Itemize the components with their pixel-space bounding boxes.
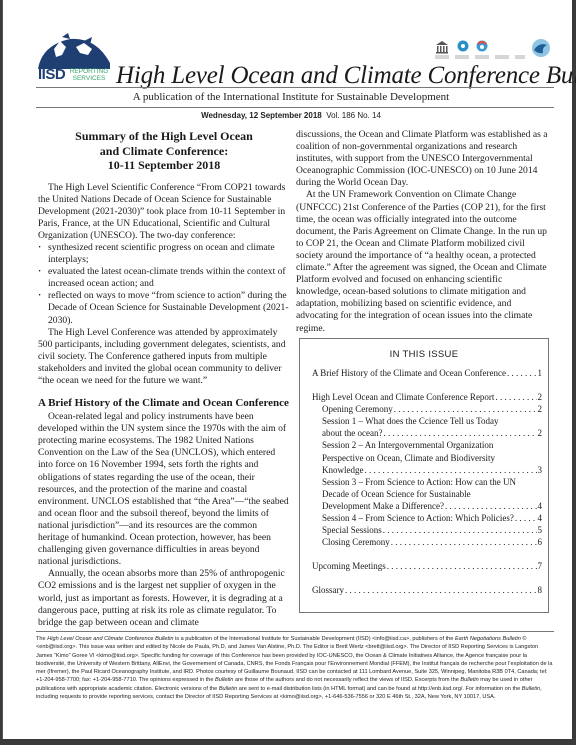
dateline: Wednesday, 12 September 2018 Vol. 186 No… [3,111,576,121]
toc-leader [515,512,537,524]
toc-label: Special Sessions [322,524,382,536]
toc-entry[interactable]: Special Sessions5 [312,524,542,536]
summary-heading-line-2: and Climate Conference: [38,144,290,159]
summary-bullet: synthesized recent scientific progress o… [38,242,290,266]
footer-bulletin-short: Bulletin [219,686,237,692]
toc-label-line: Perspective on Ocean, Climate and Biodiv… [312,452,542,464]
toc-label: about the ocean? [322,427,382,439]
right-column: discussions, the Ocean and Climate Platf… [296,129,548,335]
toc-page: 5 [538,524,543,536]
toc-page: 2 [538,391,543,403]
toc-page: 7 [538,560,543,572]
toc-leader [394,403,537,415]
issue-volume: Vol. 186 No. 14 [326,111,381,120]
ocean-climate-platform-logo-icon [531,38,551,58]
footer-bulletin-short: Bulletin [215,677,233,683]
toc-label: Glossary [312,584,344,596]
toc-label-line: Decade of Ocean Science for Sustainable [312,488,542,500]
toc-leader [445,500,536,512]
toc-page: 8 [538,584,543,596]
toc-entry[interactable]: High Level Ocean and Climate Conference … [312,391,542,403]
toc-page: 4 [538,500,543,512]
summary-heading: Summary of the High Level Ocean and Clim… [38,129,290,173]
toc-leader [507,367,537,379]
history-paragraph-3: At the UN Framework Convention on Climat… [296,189,548,334]
toc-entry[interactable]: Session 1 – What does the Ccience Tell u… [312,415,542,439]
summary-heading-line-1: Summary of the High Level Ocean [38,129,290,144]
toc-entry[interactable]: Glossary8 [312,584,542,596]
toc-leader [387,560,537,572]
history-paragraph-2-continued: discussions, the Ocean and Climate Platf… [296,129,548,189]
bulletin-page: IISD REPORTING SERVICES [2,0,572,739]
ioc-logo-icon [457,40,469,52]
toc-label-line: Session 2 – An Intergovernmental Organiz… [312,439,542,451]
toc-leader [391,536,537,548]
toc-page: 2 [538,403,543,415]
summary-intro: The High Level Scientific Conference “Fr… [38,182,290,242]
history-heading: A Brief History of the Climate and Ocean… [38,396,290,410]
toc-page: 3 [538,464,543,476]
toc-leader [383,427,536,439]
toc-label: Knowledge [322,464,364,476]
left-column: Summary of the High Level Ocean and Clim… [38,129,290,629]
toc-label-line: Session 1 – What does the Ccience Tell u… [312,415,542,427]
ocean-decade-logo-icon [476,40,488,52]
toc-entry[interactable]: Session 4 – From Science to Action: Whic… [312,512,542,524]
toc-page: 4 [538,512,543,524]
toc-leader [383,524,537,536]
masthead: IISD REPORTING SERVICES [33,33,554,83]
publication-subtitle: A publication of the International Insti… [3,91,576,104]
partner-logos [435,38,553,64]
reporting-services-wordmark: REPORTING SERVICES [69,69,109,82]
toc-entry[interactable]: A Brief History of the Climate and Ocean… [312,367,542,379]
toc-page: 1 [538,367,543,379]
footer-bulletin-short: Bulletin [460,677,478,683]
bulletin-title: High Level Ocean and Climate Conference … [116,63,576,89]
iisd-logo: IISD REPORTING SERVICES [36,33,111,81]
toc-label: Opening Ceremony [322,403,393,415]
globe-icon [36,33,111,69]
in-this-issue-box: IN THIS ISSUE A Brief History of the Cli… [299,338,549,613]
unesco-logo-icon [435,40,449,54]
header-rule-top [36,87,554,88]
toc-entry[interactable]: Closing Ceremony6 [312,536,542,548]
partner-captions [435,55,525,59]
toc-leader [365,464,537,476]
summary-bullet: reflected on ways to move “from science … [38,290,290,326]
toc-leader [345,584,537,596]
toc-label-line: Session 3 – From Science to Action: How … [312,476,542,488]
toc-page: 6 [538,536,543,548]
toc-label: Closing Ceremony [322,536,390,548]
footer-text: are sent to e-mail distribution lists (i… [237,686,522,692]
summary-bullets: synthesized recent scientific progress o… [38,242,290,327]
toc-label: Development Make a Difference? [322,500,444,512]
services-text: SERVICES [73,75,106,82]
toc-label: Session 4 – From Science to Action: Whic… [322,512,514,524]
toc-label: High Level Ocean and Climate Conference … [312,391,494,403]
history-paragraph-1: Ocean-related legal and policy instrumen… [38,411,290,568]
footer-enb-name: Earth Negotiations Bulletin [455,636,521,642]
footer-rule [36,631,554,632]
history-paragraph-2: Annually, the ocean absorbs more than 25… [38,568,290,628]
iisd-wordmark: IISD [38,68,65,82]
toc-entry[interactable]: Session 3 – From Science to Action: How … [312,476,542,512]
in-this-issue-title: IN THIS ISSUE [300,349,548,360]
footer-text: The [36,636,47,642]
table-of-contents: A Brief History of the Climate and Ocean… [312,367,542,597]
toc-entry[interactable]: Opening Ceremony2 [312,403,542,415]
toc-entry[interactable]: Upcoming Meetings7 [312,560,542,572]
summary-heading-line-3: 10-11 September 2018 [38,158,290,173]
footer-colophon: The High Level Ocean and Climate Confere… [36,635,556,701]
toc-label: A Brief History of the Climate and Ocean… [312,367,506,379]
toc-leader [495,391,536,403]
header-rule-bottom [36,107,554,108]
toc-entry[interactable]: Session 2 – An Intergovernmental Organiz… [312,439,542,475]
toc-page: 2 [538,427,543,439]
footer-text: is a publication of the International In… [173,636,454,642]
footer-text: are those of the authors and do not nece… [233,677,460,683]
footer-bulletin-short: Bulletin [522,686,540,692]
issue-date: Wednesday, 12 September 2018 [201,111,322,120]
summary-attendance: The High Level Conference was attended b… [38,327,290,387]
toc-label: Upcoming Meetings [312,560,386,572]
summary-bullet: evaluated the latest ocean-climate trend… [38,266,290,290]
footer-bulletin-name: High Level Ocean and Climate Conference … [47,636,173,642]
